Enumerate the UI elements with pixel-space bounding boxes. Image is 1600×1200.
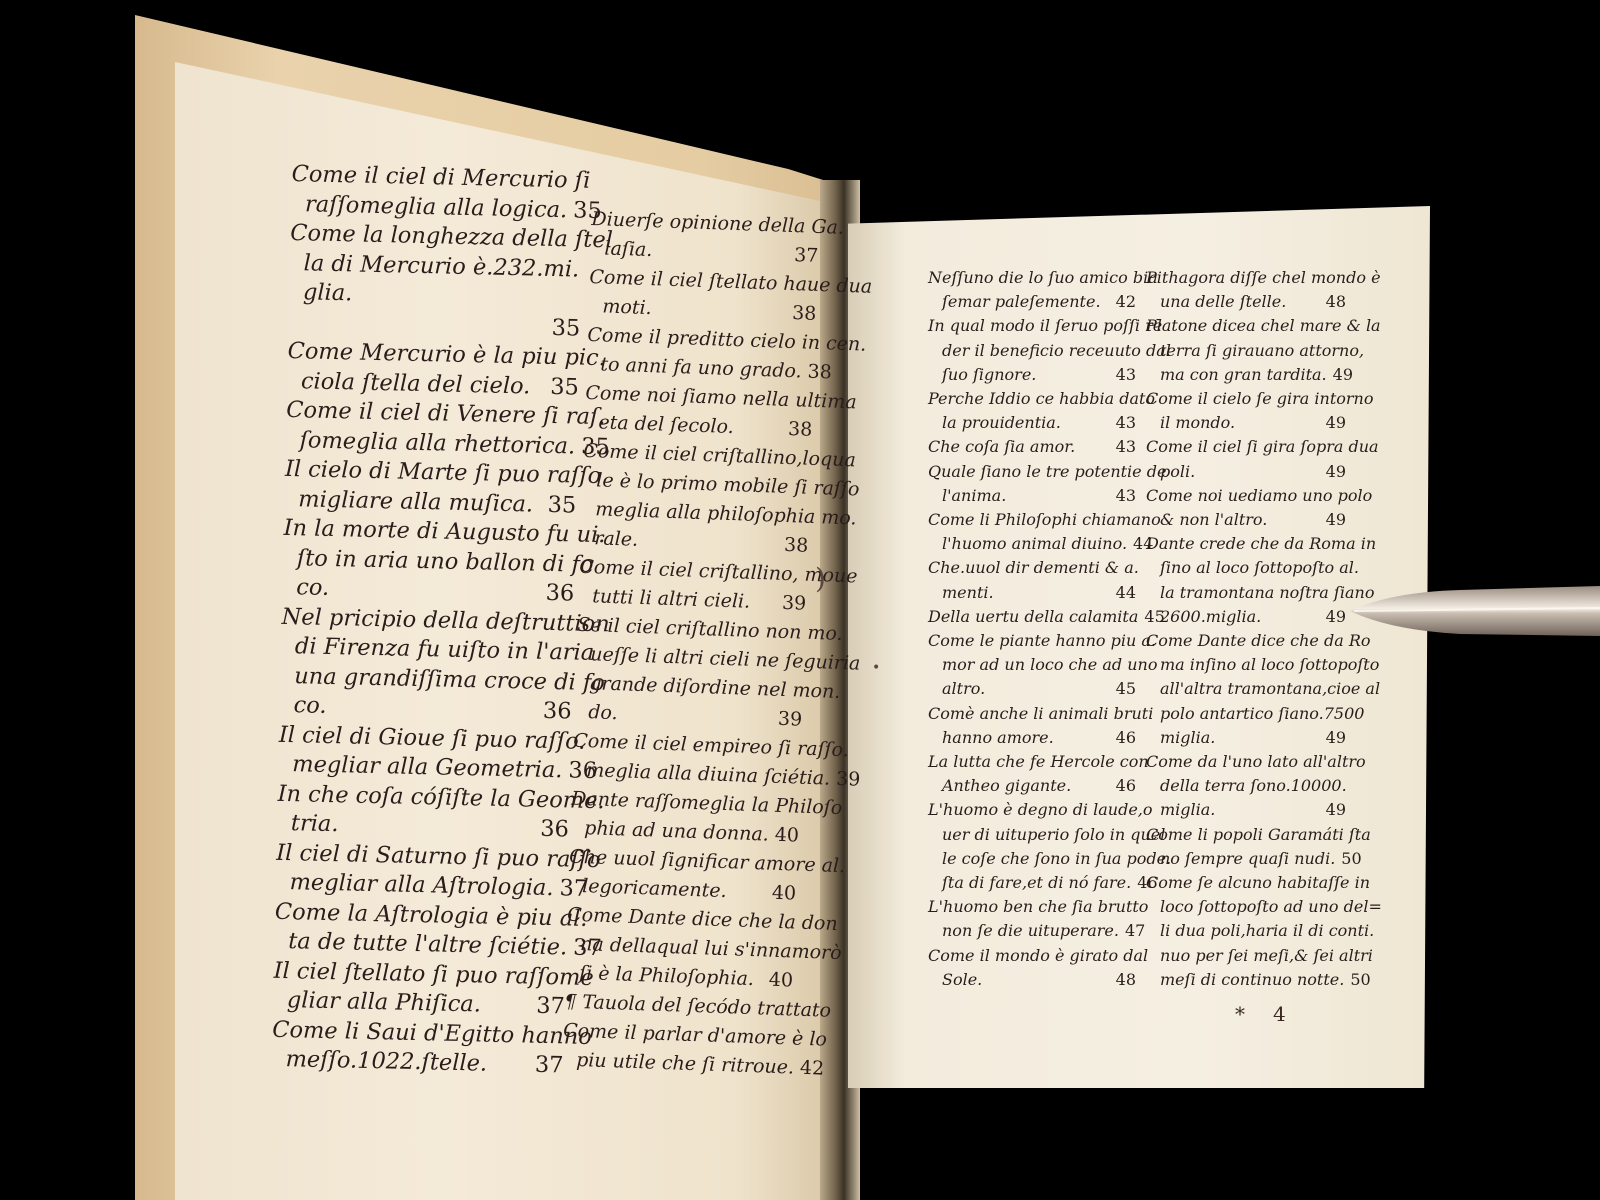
entry-page-number: 38 [807,358,832,388]
entry-text: Pithagora diſſe chel mondo è [1146,266,1381,290]
index-entry-line: Neſſuno die lo ſuo amico bia [928,266,1136,290]
index-entry-line: il mondo.49 [1146,411,1346,435]
index-entry-line: Che.uuol dir dementi & a. [928,556,1136,580]
entry-text: Come li popoli Garamáti ſta [1146,823,1371,847]
index-entry-line: loco ſottopoſto ad uno del= [1146,895,1346,919]
entry-page-number: 44 [1116,581,1136,605]
entry-text: In qual modo il ſeruo poſſi rē [928,314,1162,338]
entry-page-number: 43 [1116,363,1136,387]
entry-text: una delle ſtelle. [1160,290,1286,314]
entry-text: glia. [303,278,353,309]
entry-page-number: 49 [1326,798,1346,822]
entry-text: co. [293,691,327,721]
entry-page-number: 48 [1326,290,1346,314]
index-entry-line: Quale ſiano le tre potentie de [928,460,1136,484]
index-entry-line: hanno amore.46 [928,726,1136,750]
entry-text: Come il cielo ſe gira intorno [1146,387,1373,411]
index-entry-line: Come noi uediamo uno polo [1146,484,1346,508]
entry-text: nuo per ſei meſi,& ſei altri [1160,944,1373,968]
entry-text: meſi di continuo notte. [1160,968,1344,992]
index-entry-line: li dua poli,haria il di conti. [1146,919,1346,943]
entry-page-number: 48 [1116,968,1136,992]
entry-page-number: 35 [550,372,579,402]
entry-text: polo antartico ſiano.7500 [1160,702,1364,726]
margin-bracket: ) [815,562,826,595]
index-entry-line: ma inſino al loco ſottopoſto [1146,653,1346,677]
entry-page-number: 43 [1116,435,1136,459]
entry-page-number: 50 [1350,968,1370,992]
index-entry-line: Come ſe alcuno habitaſſe in [1146,871,1346,895]
entry-text: ſemar paleſemente. [942,290,1101,314]
entry-text: Della uertu della calamita [928,605,1138,629]
entry-text: Comè anche li animali bruti [928,702,1153,726]
entry-text: 2600.miglia. [1160,605,1261,629]
entry-text: Come le piante hanno piu a. [928,629,1156,653]
index-entry-line: non ſe die uituperare.47 [928,919,1136,943]
entry-page-number: 39 [777,705,802,735]
index-entry-line: ma con gran tardita.49 [1146,363,1346,387]
entry-text: Come il ciel ſi gira ſopra dua [1146,435,1379,459]
index-entry-line: Perche Iddio ce habbia dato [928,387,1136,411]
entry-page-number: 46 [1116,774,1136,798]
entry-text: Antheo gigante. [942,774,1071,798]
entry-text: tria. [291,809,339,840]
index-entry-line: Come il mondo è girato dal [928,944,1136,968]
index-entry-line: uer di uituperio ſolo in quel [928,823,1136,847]
index-entry-line: l'anima.43 [928,484,1136,508]
index-entry-line: Come li popoli Garamáti ſta [1146,823,1346,847]
index-entry-line: altro.45 [928,677,1136,701]
signature-mark: * [1235,1002,1245,1026]
entry-text: Come da l'uno lato all'altro [1146,750,1366,774]
entry-page-number: 50 [1341,847,1361,871]
entry-page-number: 49 [1326,460,1346,484]
entry-text: poli. [1160,460,1195,484]
index-entry-line: 2600.miglia.49 [1146,605,1346,629]
entry-text: Come ſe alcuno habitaſſe in [1146,871,1370,895]
entry-page-number: 49 [1326,726,1346,750]
index-entry-line: ſino al loco ſottopoſto al. [1146,556,1346,580]
index-entry-line: Antheo gigante.46 [928,774,1136,798]
entry-text: menti. [942,581,994,605]
entry-text: ſta di fare,et di nó fare. [942,871,1131,895]
index-entry-line: miglia.49 [1146,726,1346,750]
entry-page-number: 35 [551,313,580,343]
index-entry-line: all'altra tramontana,cioe al [1146,677,1346,701]
index-entry-line: Della uertu della calamita45 [928,605,1136,629]
entry-page-number: 37 [536,992,565,1022]
book-photo: Come il ciel di Mercurio ſiraſſomeglia a… [0,0,1600,1200]
entry-text: l'huomo animal diuino. [942,532,1127,556]
entry-text: Come noi uediamo uno polo [1146,484,1372,508]
entry-text: rale. [594,524,639,555]
entry-page-number: 49 [1333,363,1353,387]
entry-page-number: 43 [1116,411,1136,435]
entry-page-number: 36 [540,815,569,845]
entry-text: der il beneficio receuuto dal [942,339,1171,363]
index-entry-line: nuo per ſei meſi,& ſei altri [1146,944,1346,968]
index-entry-line: In qual modo il ſeruo poſſi rē [928,314,1136,338]
left-page-column-1: Come il ciel di Mercurio ſiraſſomeglia a… [271,160,584,1081]
entry-text: la tramontana noſtra ſiano [1160,581,1374,605]
index-entry-line: & non l'altro.49 [1146,508,1346,532]
entry-text: do. [588,698,618,728]
entry-page-number: 43 [1116,484,1136,508]
index-entry-line: la tramontana noſtra ſiano [1146,581,1346,605]
entry-page-number: 40 [774,821,799,851]
index-entry-line: Come il cielo ſe gira intorno [1146,387,1346,411]
entry-text: mor ad un loco che ad uno [942,653,1157,677]
entry-page-number: 37 [794,241,819,271]
entry-page-number: 46 [1116,726,1136,750]
entry-text: li dua poli,haria il di conti. [1160,919,1374,943]
index-entry-line: L'huomo ben che ſia brutto [928,895,1136,919]
index-entry-line: Pithagora diſſe chel mondo è [1146,266,1346,290]
entry-page-number: 39 [782,589,807,619]
index-entry-line: della terra ſono.10000. [1146,774,1346,798]
entry-text [288,307,289,336]
right-page-column-2: Pithagora diſſe chel mondo èuna delle ſt… [1146,266,1346,992]
entry-text: miglia. [1160,726,1215,750]
entry-text: co. [296,573,330,603]
entry-page-number: 40 [771,879,796,909]
entry-text: le coſe che ſono in ſua pode. [942,847,1171,871]
index-entry-line: ſemar paleſemente.42 [928,290,1136,314]
index-entry-line: la prouidentia.43 [928,411,1136,435]
entry-page-number: 39 [836,765,861,795]
entry-text: moti. [602,292,652,323]
index-entry-line: ſuo ſignore.43 [928,363,1136,387]
entry-page-number: 47 [1125,919,1145,943]
index-entry-line: Come le piante hanno piu a. [928,629,1136,653]
index-entry-line: mor ad un loco che ad uno [928,653,1136,677]
entry-text: miglia. [1160,798,1215,822]
index-entry-line: meſi di continuo notte.50 [1146,968,1346,992]
entry-text: L'huomo è degno di laude,o [928,798,1153,822]
entry-text: Che.uuol dir dementi & a. [928,556,1139,580]
entry-text: ma inſino al loco ſottopoſto [1160,653,1379,677]
index-entry-line: poli.49 [1146,460,1346,484]
entry-text: il mondo. [1160,411,1235,435]
entry-text: hanno amore. [942,726,1054,750]
margin-dot: • [872,660,880,676]
index-entry-line: miglia.49 [1146,798,1346,822]
entry-text: Come li Philoſophi chiamano [928,508,1161,532]
entry-text: La lutta che fe Hercole con [928,750,1149,774]
entry-text: ſino al loco ſottopoſto al. [1160,556,1359,580]
entry-page-number: 42 [1116,290,1136,314]
entry-text: eta del ſecolo. [598,408,734,442]
entry-text: la prouidentia. [942,411,1061,435]
entry-page-number: 42 [799,1054,824,1084]
entry-text: Quale ſiano le tre potentie de [928,460,1166,484]
entry-text: ma con gran tardita. [1160,363,1327,387]
entry-text: Come il mondo è girato dal [928,944,1148,968]
entry-page-number: 38 [784,531,809,561]
entry-text: meſſo.1022.ſtelle. [285,1045,487,1079]
index-entry-line: polo antartico ſiano.7500 [1146,702,1346,726]
entry-page-number: 49 [1326,411,1346,435]
entry-page-number: 38 [788,415,813,445]
entry-page-number: 49 [1326,508,1346,532]
index-entry-line: ſta di fare,et di nó fare.46 [928,871,1136,895]
entry-text: Sole. [942,968,982,992]
entry-text: Come Dante dice che da Ro [1146,629,1371,653]
index-entry-line: Come li Philoſophi chiamano [928,508,1136,532]
index-entry-line: le coſe che ſono in ſua pode. [928,847,1136,871]
entry-text: non ſe die uituperare. [942,919,1119,943]
index-entry-line: Come il ciel ſi gira ſopra dua [1146,435,1346,459]
index-entry-line: Che coſa ſia amor.43 [928,435,1136,459]
index-entry-line: menti.44 [928,581,1136,605]
index-entry-line: l'huomo animal diuino.44 [928,532,1136,556]
entry-text: ſuo ſignore. [942,363,1036,387]
entry-text: gliar alla Phiſica. [287,986,482,1020]
entry-text: Che coſa ſia amor. [928,435,1075,459]
index-entry-line: Platone dicea chel mare & la [1146,314,1346,338]
paper-knife-icon [1350,584,1600,638]
entry-text: Platone dicea chel mare & la [1146,314,1381,338]
entry-page-number: 45 [1116,677,1136,701]
entry-text: laſia. [604,234,653,265]
index-entry-line: Come Dante dice che da Ro [1146,629,1346,653]
entry-text: all'altra tramontana,cioe al [1160,677,1380,701]
entry-text: Neſſuno die lo ſuo amico bia [928,266,1158,290]
entry-text: no ſempre quaſi nudi. [1160,847,1335,871]
right-page-column-1: Neſſuno die lo ſuo amico biaſemar paleſe… [928,266,1136,992]
entry-text: Perche Iddio ce habbia dato [928,387,1155,411]
index-entry-line: L'huomo è degno di laude,o [928,798,1136,822]
left-page-column-2: Diuerſe opinione della Ga.laſia.37Come i… [562,205,820,1082]
entry-page-number: 35 [547,490,576,520]
signature-number: 4 [1273,1002,1286,1026]
entry-text: della terra ſono.10000. [1160,774,1347,798]
entry-text: l'anima. [942,484,1006,508]
index-entry-line: Comè anche li animali bruti [928,702,1136,726]
entry-page-number: 40 [768,966,793,996]
entry-text: L'huomo ben che ſia brutto [928,895,1148,919]
entry-page-number: 49 [1326,605,1346,629]
entry-text: altro. [942,677,985,701]
entry-page-number: 36 [545,579,574,609]
entry-text: terra ſi girauano attorno, [1160,339,1364,363]
index-entry-line: no ſempre quaſi nudi.50 [1146,847,1346,871]
entry-text: & non l'altro. [1160,508,1267,532]
page-footer: * 4 [1235,1002,1286,1026]
index-entry-line: der il beneficio receuuto dal [928,339,1136,363]
index-entry-line: Sole.48 [928,968,1136,992]
index-entry-line: Come da l'uno lato all'altro [1146,750,1346,774]
entry-page-number: 36 [543,697,572,727]
entry-text: loco ſottopoſto ad uno del= [1160,895,1382,919]
entry-text: Dante crede che da Roma in [1146,532,1376,556]
entry-page-number: 38 [792,299,817,329]
index-entry-line: La lutta che fe Hercole con [928,750,1136,774]
entry-text: uer di uituperio ſolo in quel [942,823,1165,847]
index-entry-line: Dante crede che da Roma in [1146,532,1346,556]
index-entry-line: terra ſi girauano attorno, [1146,339,1346,363]
index-entry-line: una delle ſtelle.48 [1146,290,1346,314]
entry-page-number: 37 [535,1051,564,1081]
